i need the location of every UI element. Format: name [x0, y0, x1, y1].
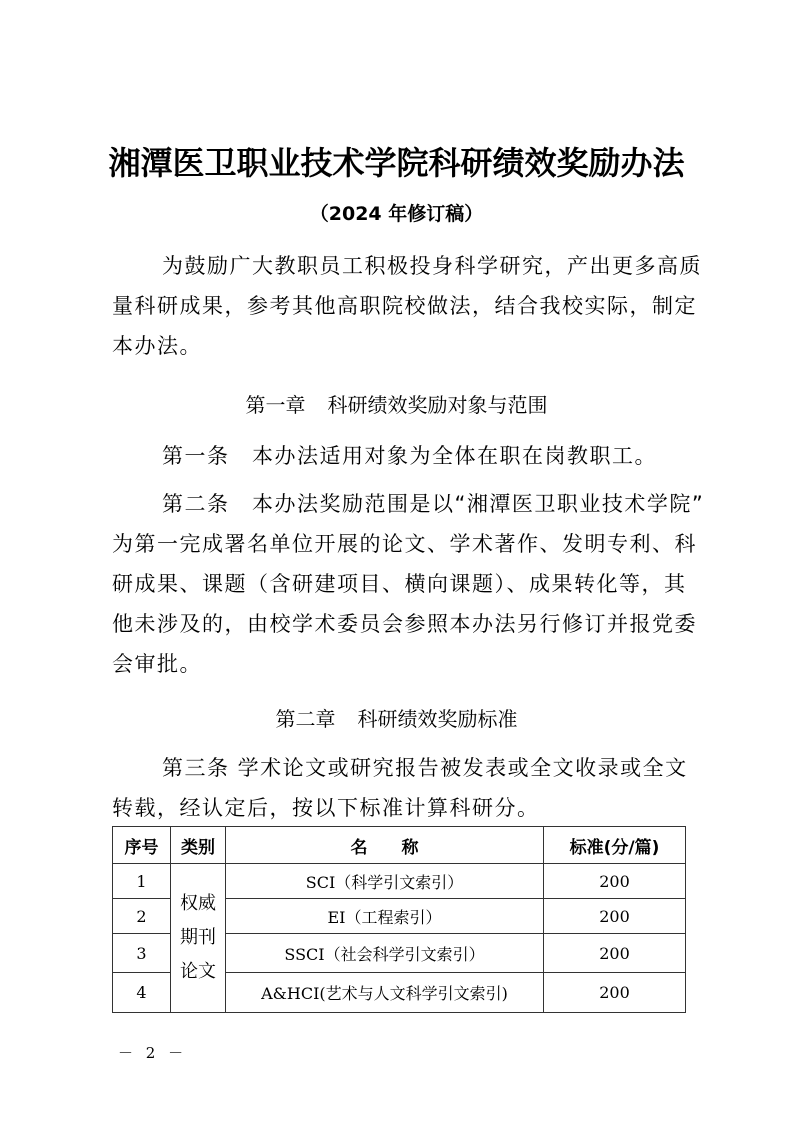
- category-cell: 权威 期刊 论文: [171, 864, 226, 1013]
- paragraph-line: 转载，经认定后，按以下标准计算科研分。: [112, 788, 687, 828]
- document-subtitle: （2024 年修订稿）: [0, 199, 793, 226]
- page-number: － 2 －: [118, 1042, 187, 1063]
- article-1: 第一条 本办法适用对象为全体在职在岗教职工。: [112, 436, 687, 476]
- paragraph-line: 会审批。: [112, 644, 687, 684]
- score: 200: [544, 864, 686, 899]
- paragraph-line: 第二条 本办法奖励范围是以“湘潭医卫职业技术学院”: [112, 484, 687, 524]
- row-number: 4: [113, 973, 171, 1013]
- column-header: 名 称: [226, 827, 544, 864]
- paragraph-line: 研成果、课题（含研建项目、横向课题）、成果转化等，其: [112, 564, 687, 604]
- row-number: 2: [113, 899, 171, 934]
- paragraph-line: 他未涉及的，由校学术委员会参照本办法另行修订并报党委: [112, 604, 687, 644]
- paragraph-line: 本办法。: [112, 326, 687, 366]
- column-header: 类别: [171, 827, 226, 864]
- category-line: 期刊: [171, 921, 225, 955]
- article-3: 第三条 学术论文或研究报告被发表或全文收录或全文 转载，经认定后，按以下标准计算…: [112, 748, 687, 828]
- chapter-title: 科研绩效奖励标准: [358, 707, 518, 731]
- paragraph-line: 量科研成果，参考其他高职院校做法，结合我校实际，制定: [112, 286, 687, 326]
- document-title: 湘潭医卫职业技术学院科研绩效奖励办法: [0, 138, 793, 184]
- score: 200: [544, 973, 686, 1013]
- chapter-title: 科研绩效奖励对象与范围: [328, 393, 548, 417]
- scoring-table: 序号 类别 名 称 标准(分/篇) 1 权威 期刊 论文 SCI（科学引文索引）…: [112, 826, 686, 1013]
- article-2: 第二条 本办法奖励范围是以“湘潭医卫职业技术学院” 为第一完成署名单位开展的论文…: [112, 484, 687, 684]
- row-number: 1: [113, 864, 171, 899]
- category-line: 论文: [171, 955, 225, 989]
- column-header: 序号: [113, 827, 171, 864]
- chapter-label: 第一章: [246, 393, 306, 417]
- index-name: A&HCI(艺术与人文科学引文索引): [226, 973, 544, 1013]
- intro-paragraph: 为鼓励广大教职员工积极投身科学研究，产出更多高质 量科研成果，参考其他高职院校做…: [112, 246, 687, 366]
- paragraph-line: 为鼓励广大教职员工积极投身科学研究，产出更多高质: [112, 246, 687, 286]
- score: 200: [544, 934, 686, 973]
- chapter-2-heading: 第二章科研绩效奖励标准: [0, 703, 793, 732]
- index-name: EI（工程索引）: [226, 899, 544, 934]
- table-row: 1 权威 期刊 论文 SCI（科学引文索引） 200: [113, 864, 686, 899]
- chapter-1-heading: 第一章科研绩效奖励对象与范围: [0, 389, 793, 418]
- category-line: 权威: [171, 887, 225, 921]
- chapter-label: 第二章: [276, 707, 336, 731]
- paragraph-line: 第三条 学术论文或研究报告被发表或全文收录或全文: [112, 748, 687, 788]
- index-name: SSCI（社会科学引文索引）: [226, 934, 544, 973]
- paragraph-line: 第一条 本办法适用对象为全体在职在岗教职工。: [112, 436, 687, 476]
- score: 200: [544, 899, 686, 934]
- table-header-row: 序号 类别 名 称 标准(分/篇): [113, 827, 686, 864]
- paragraph-line: 为第一完成署名单位开展的论文、学术著作、发明专利、科: [112, 524, 687, 564]
- column-header: 标准(分/篇): [544, 827, 686, 864]
- index-name: SCI（科学引文索引）: [226, 864, 544, 899]
- row-number: 3: [113, 934, 171, 973]
